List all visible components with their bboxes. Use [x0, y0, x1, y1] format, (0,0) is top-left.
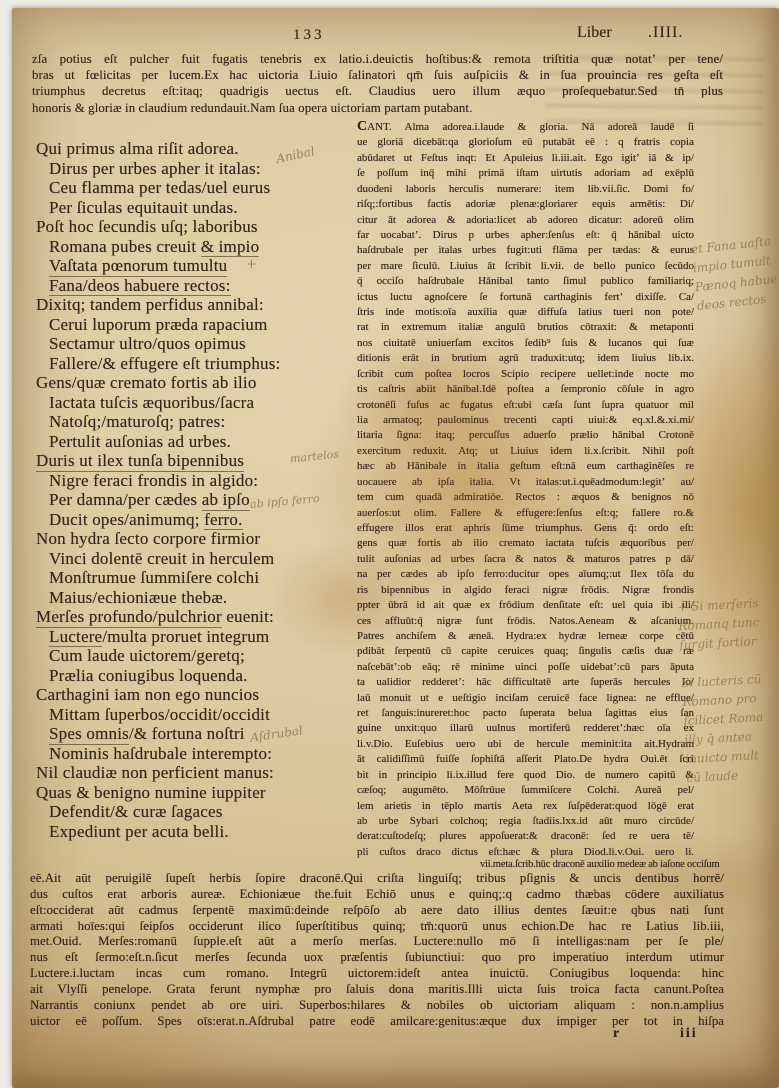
commentary-line: nos ciuitatē uniuerſam excitos ſedib⁹ ſu… — [357, 336, 694, 351]
commentary-line: ta ualidior redderetʼ: hāc difficultatē … — [357, 675, 694, 690]
commentary-line: hæc ab Hānibale in italia geſtum eſt:nā … — [357, 459, 694, 474]
poem-line: Merſes profundo/pulchrior euenit: — [36, 607, 358, 627]
commentary-line: ppter ūbrā id ait quæ ex frōdium denſita… — [357, 598, 694, 613]
commentary-line: gens quæ fortis ab ilio cremato iactata … — [357, 536, 694, 551]
intro-line: zſa potius eſt pulcher fuit fugatis tene… — [32, 51, 723, 67]
poem-line: Ducit opes/animumq; ferro. — [36, 510, 358, 530]
poem-line: Gens/quæ cremato fortis ab ilio — [36, 373, 358, 393]
poem-line: Vaſtata pœnorum tumultu — [36, 256, 358, 276]
commentary-line: per mare ſiculū. Liuius āt ſcribit li.vi… — [357, 259, 694, 274]
commentary-line: ditionis erāt in brutium agrū traduxit:u… — [357, 351, 694, 366]
commentary-line: bit in principio li.ix.illud fere quod D… — [357, 768, 694, 783]
commentary-line: lem arietis in tēplo martis Aeta rex ſuſ… — [357, 799, 694, 814]
commentary-line: pdibāt ſerpentū cū capite ceruices quaq;… — [357, 644, 694, 659]
commentary-line: tis caſtris abiit hānibal.Idē poſtea a ſ… — [357, 382, 694, 397]
quire-signature-mark: r — [613, 1026, 619, 1042]
commentary-line: litaria ſigna: itaq; percuſſus aduerſo p… — [357, 428, 694, 443]
bottom-line: ait Vlyſſi penelope. Grata ferunt nymphæ… — [30, 982, 724, 998]
commentary-line: CANT. Alma adorea.i.laude & gloria. Nā a… — [357, 119, 694, 135]
running-title: Liber — [577, 24, 612, 42]
poem-line: Quas & benigno numine iuppiter — [36, 783, 358, 803]
bottom-line: Luctere.i.luctam incas cum romano. Integ… — [30, 966, 724, 982]
commentary-line: cæſoq; augumēto. Mōſtrūue ſummiſcere Col… — [357, 783, 694, 798]
poem-line: Poſt hoc ſecundis uſq; laboribus — [36, 217, 358, 237]
commentary-line: ue gloriā dicebāt:qa glorioſum eū putabā… — [357, 135, 694, 150]
poem-column: Qui primus alma riſit adorea.Dirus per u… — [36, 139, 358, 841]
commentary-line: lia armatoq; paulominus trecenti capti u… — [357, 413, 694, 428]
intro-line: bras ut fœlicitas per lucem.Ex hac uicto… — [32, 67, 723, 83]
underlined-text: Luctere — [49, 627, 102, 648]
commentary-line: riſq;:fortibus factis adoriæ plenæ:glori… — [357, 197, 694, 212]
poem-line: Sectamur ultro/quos opimus — [36, 334, 358, 354]
poem-line: Romana pubes creuit & impio — [36, 237, 358, 257]
poem-line: Luctere/multa proruet integrum — [36, 627, 358, 647]
margin-note: + Si merſerisRomanq tuncſurgit fortiorSi… — [677, 596, 768, 790]
commentary-line: citur āt adorea & adoria:licet ab adoreo… — [357, 213, 694, 228]
commentary-line: Patres anchiſem & æneā. Hydra:ex hydræ l… — [357, 629, 694, 644]
commentary-line: far uocabatʼ. Dirus p urbes apher:ſenſus… — [357, 228, 694, 243]
poem-line: Maius/echioniæue thebæ. — [36, 588, 358, 608]
gutter-annotation: + — [246, 257, 257, 272]
commentary-line: effugere illos erat aphris ſūme triumphu… — [357, 521, 694, 536]
poem-line: Nominis haſdrubale interempto: — [36, 744, 358, 764]
intro-line: honoris & gloriæ in claudium redundauit.… — [32, 100, 723, 116]
commentary-transition-line: vii.meta.ſcrib.hūc draconē auxilio medeæ… — [480, 859, 752, 870]
commentary-line: pli cuſtos draco dictus eſt:hæc & plura … — [357, 845, 694, 860]
commentary-line: guine unxit:quo illarū uulnus mortiferū … — [357, 721, 694, 736]
commentary-line: exercitum reduxit. Atq; ut Liuius idem l… — [357, 444, 694, 459]
commentary-line: ſe poſſum inq̄ mihi primā iſtam uirtutis… — [357, 166, 694, 181]
commentary-line: q̄ occiſo haſdrubale Hānibal tanto ſimul… — [357, 274, 694, 289]
intro-paragraph: zſa potius eſt pulcher fuit fugatis tene… — [32, 51, 723, 116]
underlined-text: Vaſtata pœnorum tumultu — [49, 256, 227, 277]
poem-line: Prælia coniugibus loquenda. — [36, 666, 358, 686]
bottom-line: Narrantis coniunx pendet ab ore uiri. Su… — [30, 998, 724, 1014]
bottom-paragraph: eē.Ait aūt peruigilē ſupeſt herbis ſopir… — [30, 871, 724, 1029]
page-number: 133 — [293, 27, 325, 44]
commentary-column: CANT. Alma adorea.i.laude & gloria. Nā a… — [357, 119, 694, 860]
poem-line: Fana/deos habuere rectos: — [36, 276, 358, 296]
poem-line: Non hydra ſecto corpore firmior — [36, 529, 358, 549]
commentary-line: duodeni laboris herculis numerare: item … — [357, 182, 694, 197]
poem-line: Vinci dolentē creuit in herculem — [36, 549, 358, 569]
commentary-line: auerſos:ut olim. Fallere & effugere:ſenſ… — [357, 506, 694, 521]
poem-line: Fallere/& effugere eſt triumphus: — [36, 354, 358, 374]
poem-line: Expediunt per acuta belli. — [36, 822, 358, 842]
poem-line: Dixitq; tandem perfidus annibal: — [36, 295, 358, 315]
intro-line: triumphus decretus eſt:itaq; quadrigis u… — [32, 83, 723, 99]
commentary-line: tulit auſonias ad urbes ſacra & natos & … — [357, 552, 694, 567]
poem-line: Defendit/& curæ ſagaces — [36, 802, 358, 822]
commentary-line: uocauere ab ipſa italia. Vt italas:ut.i.… — [357, 475, 694, 490]
commentary-line: naſcebātʼ:ob eāq; rē minime uinci poſſe … — [357, 660, 694, 675]
underlined-text: ferro. — [204, 510, 242, 531]
poem-line: Cum laude uictorem/geretq; — [36, 646, 358, 666]
quire-signature-number: iii — [680, 1026, 698, 1042]
poem-line: Ceu flamma per tedas/uel eurus — [36, 178, 358, 198]
poem-line: Iactata tuſcis æquoribus/ſacra — [36, 393, 358, 413]
poem-line: Natoſq;/maturoſq; patres: — [36, 412, 358, 432]
poem-line: Nigre feraci frondis in algido: — [36, 471, 358, 491]
commentary-line: ces affluūt:q̄ nigræ ſunt frōdis. Natos.… — [357, 614, 694, 629]
poem-line: Carthagini iam non ego nuncios — [36, 685, 358, 705]
poem-line: Per ſiculas equitauit undas. — [36, 198, 358, 218]
margin-note: et Fana uaſtaimpio tumultPænoq habuedeos… — [690, 234, 779, 318]
poem-line: Pertulit auſonias ad urbes. — [36, 432, 358, 452]
commentary-line: tem cum quadā admiratiōe. Rectos : æquos… — [357, 490, 694, 505]
poem-line: Monſtrumue ſummiſere colchi — [36, 568, 358, 588]
underlined-text: Merſes profundo/pulchrior — [36, 607, 222, 628]
commentary-line: rat in extremum italiæ angulū brutios cō… — [357, 320, 694, 335]
bottom-line: met.Ouid. Merſes:romanū ſupple.eſt aūt a… — [30, 934, 724, 950]
commentary-line: na per cædes ab ipſo ferro:ducitur opes … — [357, 567, 694, 582]
underlined-text: ab ipſo — [202, 490, 250, 511]
bottom-line: eſt:occiderat aūt cadmus ſerpentē maximū… — [30, 903, 724, 919]
commentary-line: li.v.Dio. Euſebius uero ubi de hercule m… — [357, 737, 694, 752]
bottom-line: nus eſt ſermo:eſt.n.ſicut merſes ſecunda… — [30, 950, 724, 966]
commentary-line: abūdaret ut Feſtus inqt: Et Apuleius li.… — [357, 151, 694, 166]
poem-line: Mittam ſuperbos/occidit/occidit — [36, 705, 358, 725]
bottom-line: armati hoīes:qui ſeipſos occiderunt ilic… — [30, 919, 724, 935]
commentary-line: derat:cuſtodeſq; plures appoſuerat:& dra… — [357, 829, 694, 844]
commentary-line: ſtris inde motis:oīa auxilia quæ diffuſa… — [357, 305, 694, 320]
underlined-text: Duris ut ilex tunſa bipennibus — [36, 451, 244, 472]
commentary-line: ab urbe Sybari colchoq; regia ſtadiis.lx… — [357, 814, 694, 829]
poem-line: Spes omnis/& fortuna noſtri — [36, 724, 358, 744]
poem-line: Cerui luporum præda rapacium — [36, 315, 358, 335]
poem-line: Dirus per urbes apher it italas: — [36, 159, 358, 179]
underlined-text: Fana/deos habuere rectos: — [49, 276, 231, 297]
commentary-line: haſdrubale per italas urbes fugit:uti fl… — [357, 243, 694, 258]
underlined-text: Spes omnis — [49, 724, 129, 745]
commentary-line: laū monuit ut e ueſtigio inciſam ceruicē… — [357, 691, 694, 706]
underlined-text: & impio — [201, 237, 260, 258]
bottom-line: eē.Ait aūt peruigilē ſupeſt herbis ſopir… — [30, 871, 724, 887]
commentary-line: ris bipennibus in algido feraci nigræ fr… — [357, 583, 694, 598]
poem-line: Nil claudiæ non perficient manus: — [36, 763, 358, 783]
commentary-line: āt calidiſſimū fuiſſe ſophiſtā aſſerit P… — [357, 752, 694, 767]
bottom-line: uictor eē poſſum. Spes oīs:erat.n.Aſdrub… — [30, 1014, 724, 1030]
commentary-line: ſcribit cum poſtea locros Scipio reciper… — [357, 367, 694, 382]
bottom-line: dus cuſtos erat arboris aureæ. Echioniæu… — [30, 887, 724, 903]
commentary-line: ret ſanguis:inureret:hoc pacto ſuperata … — [357, 706, 694, 721]
commentary-line: ictus luctu agnoſcere ſe fortunā carthag… — [357, 290, 694, 305]
commentary-line: crotonēſi fuſus ac fugatus eſt:ubi cæſa … — [357, 398, 694, 413]
book-number: .IIII. — [648, 24, 683, 42]
